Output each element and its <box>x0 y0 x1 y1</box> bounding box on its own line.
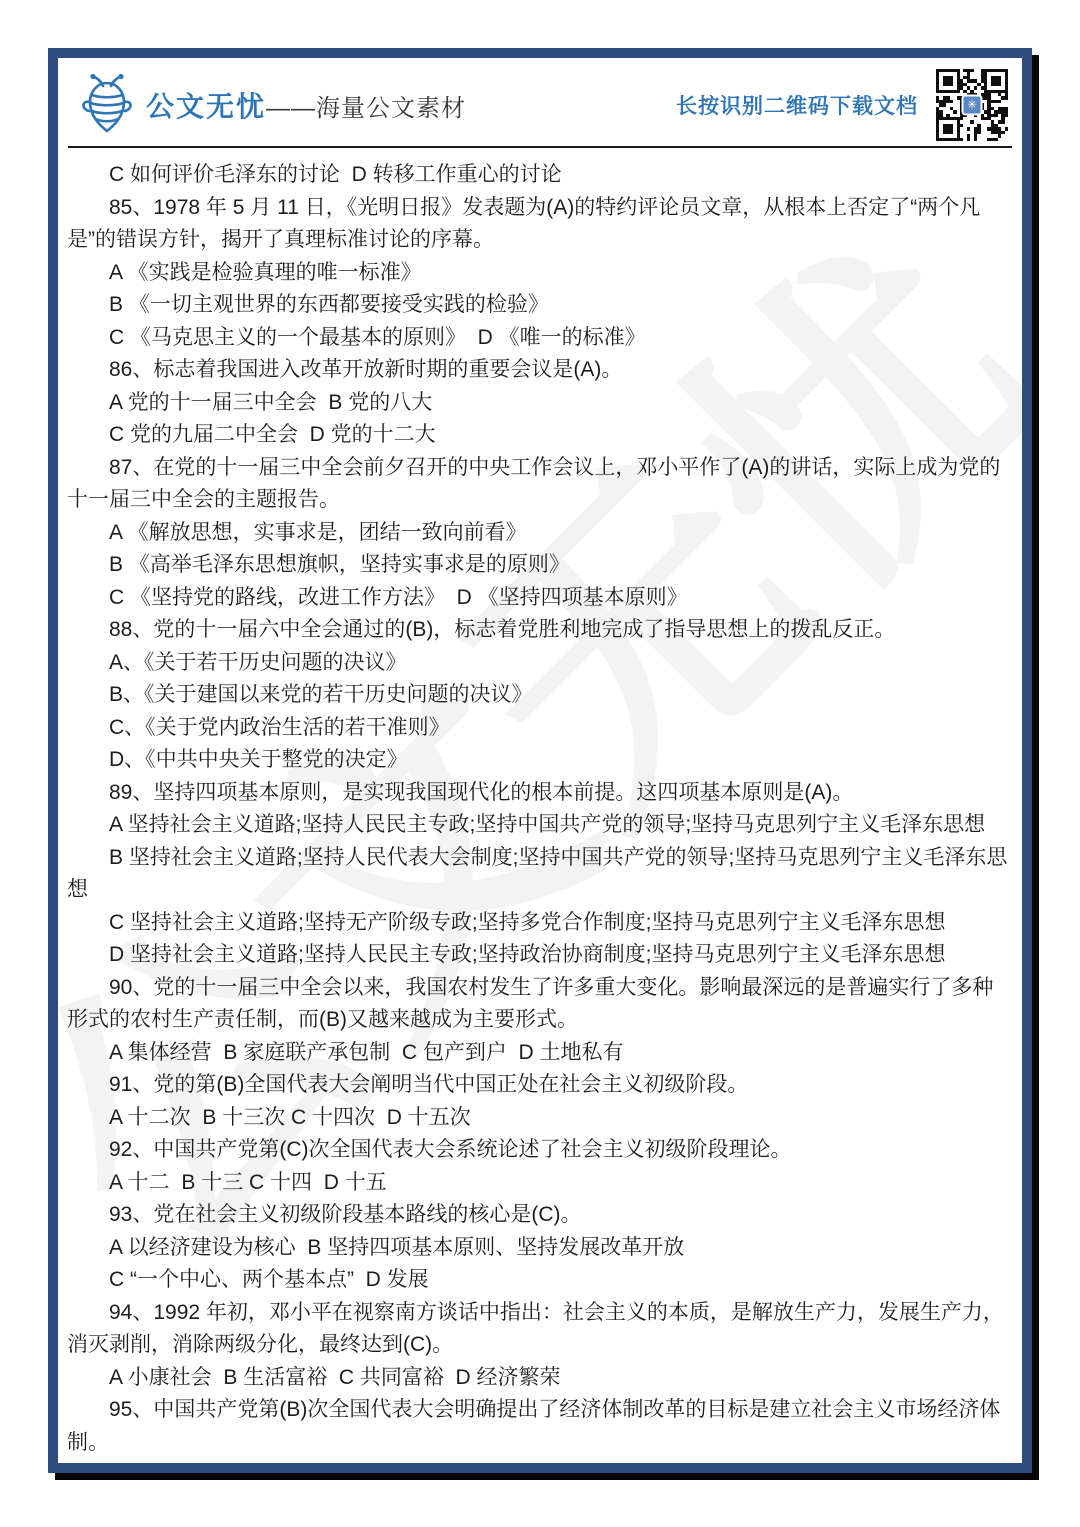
document-paragraph: A 以经济建设为核心 B 坚持四项基本原则、坚持发展改革开放 <box>67 1232 1013 1265</box>
document-paragraph: B 坚持社会主义道路;坚持人民代表大会制度;坚持中国共产党的领导;坚持马克思列宁… <box>67 842 1013 907</box>
document-body: C 如何评价毛泽东的讨论 D 转移工作重心的讨论85、1978 年 5 月 11… <box>58 148 1022 1459</box>
document-paragraph: A 党的十一届三中全会 B 党的八大 <box>67 387 1013 420</box>
document-paragraph: D、《中共中央关于整党的决定》 <box>67 744 1013 777</box>
document-paragraph: D 坚持社会主义道路;坚持人民民主专政;坚持政治协商制度;坚持马克思列宁主义毛泽… <box>67 939 1013 972</box>
document-paragraph: C 《马克思主义的一个最基本的原则》 D 《唯一的标准》 <box>67 322 1013 355</box>
document-page-frame: 公文无忧 公文无忧 ——海量公文素材 长按识别二维码下载文档 <box>48 48 1032 1473</box>
document-paragraph: A 集体经营 B 家庭联产承包制 C 包产到户 D 土地私有 <box>67 1037 1013 1070</box>
document-paragraph: 91、党的第(B)全国代表大会阐明当代中国正处在社会主义初级阶段。 <box>67 1069 1013 1102</box>
document-paragraph: B、《关于建国以来党的若干历史问题的决议》 <box>67 679 1013 712</box>
document-paragraph: 88、党的十一届六中全会通过的(B)，标志着党胜利地完成了指导思想上的拨乱反正。 <box>67 614 1013 647</box>
document-paragraph: 93、党在社会主义初级阶段基本路线的核心是(C)。 <box>67 1199 1013 1232</box>
brand: 公文无忧 ——海量公文素材 <box>80 73 466 137</box>
brand-name: 公文无忧 <box>146 85 266 125</box>
document-paragraph: 85、1978 年 5 月 11 日，《光明日报》发表题为(A)的特约评论员文章… <box>67 192 1013 257</box>
document-paragraph: 90、党的十一届三中全会以来，我国农村发生了许多重大变化。影响最深远的是普遍实行… <box>67 972 1013 1037</box>
qr-code[interactable] <box>934 67 1010 143</box>
document-paragraph: 95、中国共产党第(B)次全国代表大会明确提出了经济体制改革的目标是建立社会主义… <box>67 1394 1013 1459</box>
document-paragraph: A 《实践是检验真理的唯一标准》 <box>67 257 1013 290</box>
document-paragraph: C 坚持社会主义道路;坚持无产阶级专政;坚持多党合作制度;坚持马克思列宁主义毛泽… <box>67 907 1013 940</box>
document-paragraph: 89、坚持四项基本原则，是实现我国现代化的根本前提。这四项基本原则是(A)。 <box>67 777 1013 810</box>
document-paragraph: 87、在党的十一届三中全会前夕召开的中央工作会议上，邓小平作了(A)的讲话，实际… <box>67 452 1013 517</box>
bee-icon <box>80 73 134 137</box>
document-paragraph: C 《坚持党的路线，改进工作方法》 D 《坚持四项基本原则》 <box>67 582 1013 615</box>
document-paragraph: A 坚持社会主义道路;坚持人民民主专政;坚持中国共产党的领导;坚持马克思列宁主义… <box>67 809 1013 842</box>
document-paragraph: B 《高举毛泽东思想旗帜，坚持实事求是的原则》 <box>67 549 1013 582</box>
qr-center-logo <box>962 95 983 116</box>
page-header: 公文无忧 ——海量公文素材 长按识别二维码下载文档 <box>58 58 1022 146</box>
document-paragraph: C “一个中心、两个基本点” D 发展 <box>67 1264 1013 1297</box>
document-paragraph: 94、1992 年初，邓小平在视察南方谈话中指出：社会主义的本质，是解放生产力，… <box>67 1297 1013 1362</box>
document-paragraph: A 小康社会 B 生活富裕 C 共同富裕 D 经济繁荣 <box>67 1362 1013 1395</box>
document-paragraph: C 党的九届二中全会 D 党的十二大 <box>67 419 1013 452</box>
document-paragraph: 92、中国共产党第(C)次全国代表大会系统论述了社会主义初级阶段理论。 <box>67 1134 1013 1167</box>
document-paragraph: 86、标志着我国进入改革开放新时期的重要会议是(A)。 <box>67 354 1013 387</box>
document-paragraph: B 《一切主观世界的东西都要接受实践的检验》 <box>67 289 1013 322</box>
document-paragraph: A 十二次 B 十三次 C 十四次 D 十五次 <box>67 1102 1013 1135</box>
header-right: 长按识别二维码下载文档 <box>676 67 1010 143</box>
qr-download-hint: 长按识别二维码下载文档 <box>676 90 918 120</box>
document-paragraph: A 《解放思想，实事求是，团结一致向前看》 <box>67 517 1013 550</box>
document-paragraph: A、《关于若干历史问题的决议》 <box>67 647 1013 680</box>
brand-tagline: ——海量公文素材 <box>266 88 466 123</box>
document-paragraph: A 十二 B 十三 C 十四 D 十五 <box>67 1167 1013 1200</box>
document-paragraph: C、《关于党内政治生活的若干准则》 <box>67 712 1013 745</box>
document-paragraph: C 如何评价毛泽东的讨论 D 转移工作重心的讨论 <box>67 159 1013 192</box>
